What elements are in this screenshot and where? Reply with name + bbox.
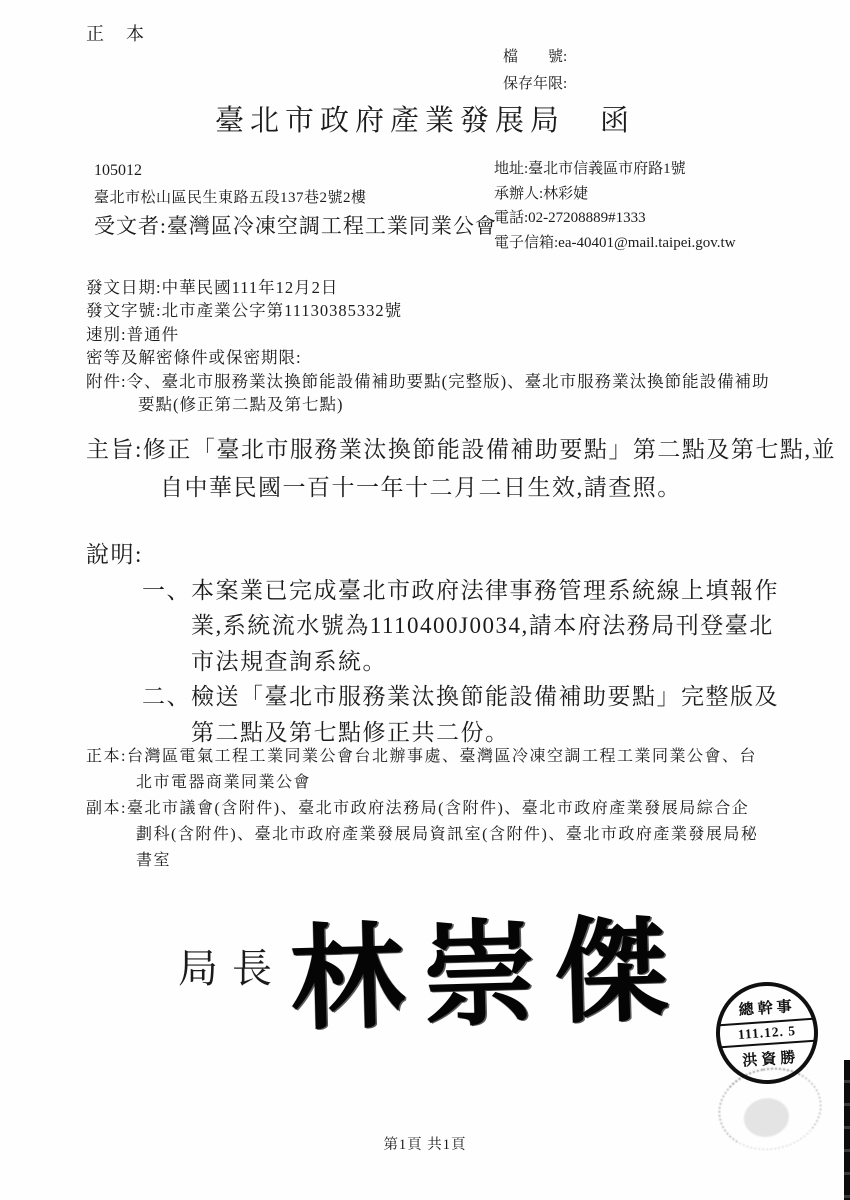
original-label: 正本: (86, 748, 127, 765)
contact-block: 地址:臺北市信義區市府路1號 承辦人:林彩婕 電話:02-27208889#13… (494, 157, 758, 255)
meta-doc-number: 發文字號:北市產業公字第11130385332號 (86, 299, 776, 322)
item-number: 一、 (142, 578, 191, 603)
signature-block: 局長 林崇傑 (178, 891, 686, 1039)
contact-email-line: 電子信箱:ea-40401@mail.taipei.gov.tw (494, 231, 758, 256)
recipient-block: 105012 臺北市松山區民生東路五段137巷2號2樓 受文者:臺灣區冷凍空調工… (94, 162, 476, 243)
file-number-label: 檔 號: (503, 44, 567, 71)
signature-name: 林崇傑 (288, 878, 688, 1052)
attachment-label: 附件: (86, 372, 127, 391)
item-number: 二、 (142, 684, 191, 709)
meta-attachment-line: 附件:令、臺北市服務業汰換節能設備補助要點(完整版)、臺北市服務業汰換節能設備補… (86, 370, 776, 417)
explanation-label: 說明: (86, 537, 798, 573)
recipient-line: 受文者:臺灣區冷凍空調工程工業同業公會 (94, 210, 552, 243)
contact-phone: 電話:02-27208889#1333 (494, 206, 758, 231)
explanation-block: 說明: 一、本案業已完成臺北市政府法律事務管理系統線上填報作業,系統流水號為11… (86, 537, 798, 750)
subject-line: 主旨:修正「臺北市服務業汰換節能設備補助要點」第二點及第七點,並自中華民國一百十… (86, 431, 850, 507)
distribution-block: 正本:台灣區電氣工程工業同業公會台北辦事處、臺灣區冷凍空調工程工業同業公會、台北… (86, 744, 760, 874)
original-recipients-line: 正本:台灣區電氣工程工業同業公會台北辦事處、臺灣區冷凍空調工程工業同業公會、台北… (86, 744, 760, 796)
contact-email: ea-40401@mail.taipei.gov.tw (558, 235, 735, 251)
original-recipients: 台灣區電氣工程工業同業公會台北辦事處、臺灣區冷凍空調工程工業同業公會、台北市電器… (127, 748, 757, 791)
signature-title: 局長 (178, 937, 286, 994)
meta-block: 發文日期:中華民國111年12月2日 發文字號:北市產業公字第111303853… (86, 276, 776, 416)
recipient-address: 臺北市松山區民生東路五段137巷2號2樓 (94, 186, 476, 207)
explanation-item-2: 二、檢送「臺北市服務業汰換節能設備補助要點」完整版及第二點及第七點修正共二份。 (142, 679, 798, 750)
subject-label: 主旨: (86, 437, 143, 462)
explanation-item-1: 一、本案業已完成臺北市政府法律事務管理系統線上填報作業,系統流水號為111040… (142, 573, 798, 680)
meta-speed: 速別:普通件 (86, 323, 776, 346)
meta-date: 發文日期:中華民國111年12月2日 (86, 276, 776, 299)
copy-type-label: 正 本 (86, 20, 146, 46)
item-text: 本案業已完成臺北市政府法律事務管理系統線上填報作業,系統流水號為1110400J… (191, 578, 779, 674)
item-text: 檢送「臺北市服務業汰換節能設備補助要點」完整版及第二點及第七點修正共二份。 (191, 684, 779, 745)
retention-label: 保存年限: (503, 71, 567, 98)
page-footer: 第1頁 共1頁 (0, 1133, 850, 1154)
cc-recipients: 臺北市議會(含附件)、臺北市政府法務局(含附件)、臺北市政府產業發展局綜合企劃科… (127, 800, 758, 869)
contact-person: 承辦人:林彩婕 (494, 182, 758, 207)
cc-recipients-line: 副本:臺北市議會(含附件)、臺北市政府法務局(含附件)、臺北市政府產業發展局綜合… (86, 796, 760, 874)
contact-address: 地址:臺北市信義區市府路1號 (494, 157, 758, 182)
subject-text: 修正「臺北市服務業汰換節能設備補助要點」第二點及第七點,並自中華民國一百十一年十… (143, 437, 836, 500)
meta-security: 密等及解密條件或保密期限: (86, 346, 776, 369)
cc-label: 副本: (86, 800, 127, 817)
contact-email-label: 電子信箱: (494, 235, 558, 251)
attachment-text: 令、臺北市服務業汰換節能設備補助要點(完整版)、臺北市服務業汰換節能設備補助要點… (127, 372, 770, 414)
recipient-label: 受文者: (94, 214, 167, 238)
document-title: 臺北市政府產業發展局 函 (0, 98, 850, 139)
recipient-name: 臺灣區冷凍空調工程工業同業公會 (167, 214, 497, 238)
scan-artifact-bar (844, 1060, 850, 1200)
sender-code: 105012 (94, 162, 476, 180)
document-page: 正 本 檔 號: 保存年限: 臺北市政府產業發展局 函 105012 臺北市松山… (0, 0, 850, 1200)
file-header-block: 檔 號: 保存年限: (503, 44, 567, 98)
